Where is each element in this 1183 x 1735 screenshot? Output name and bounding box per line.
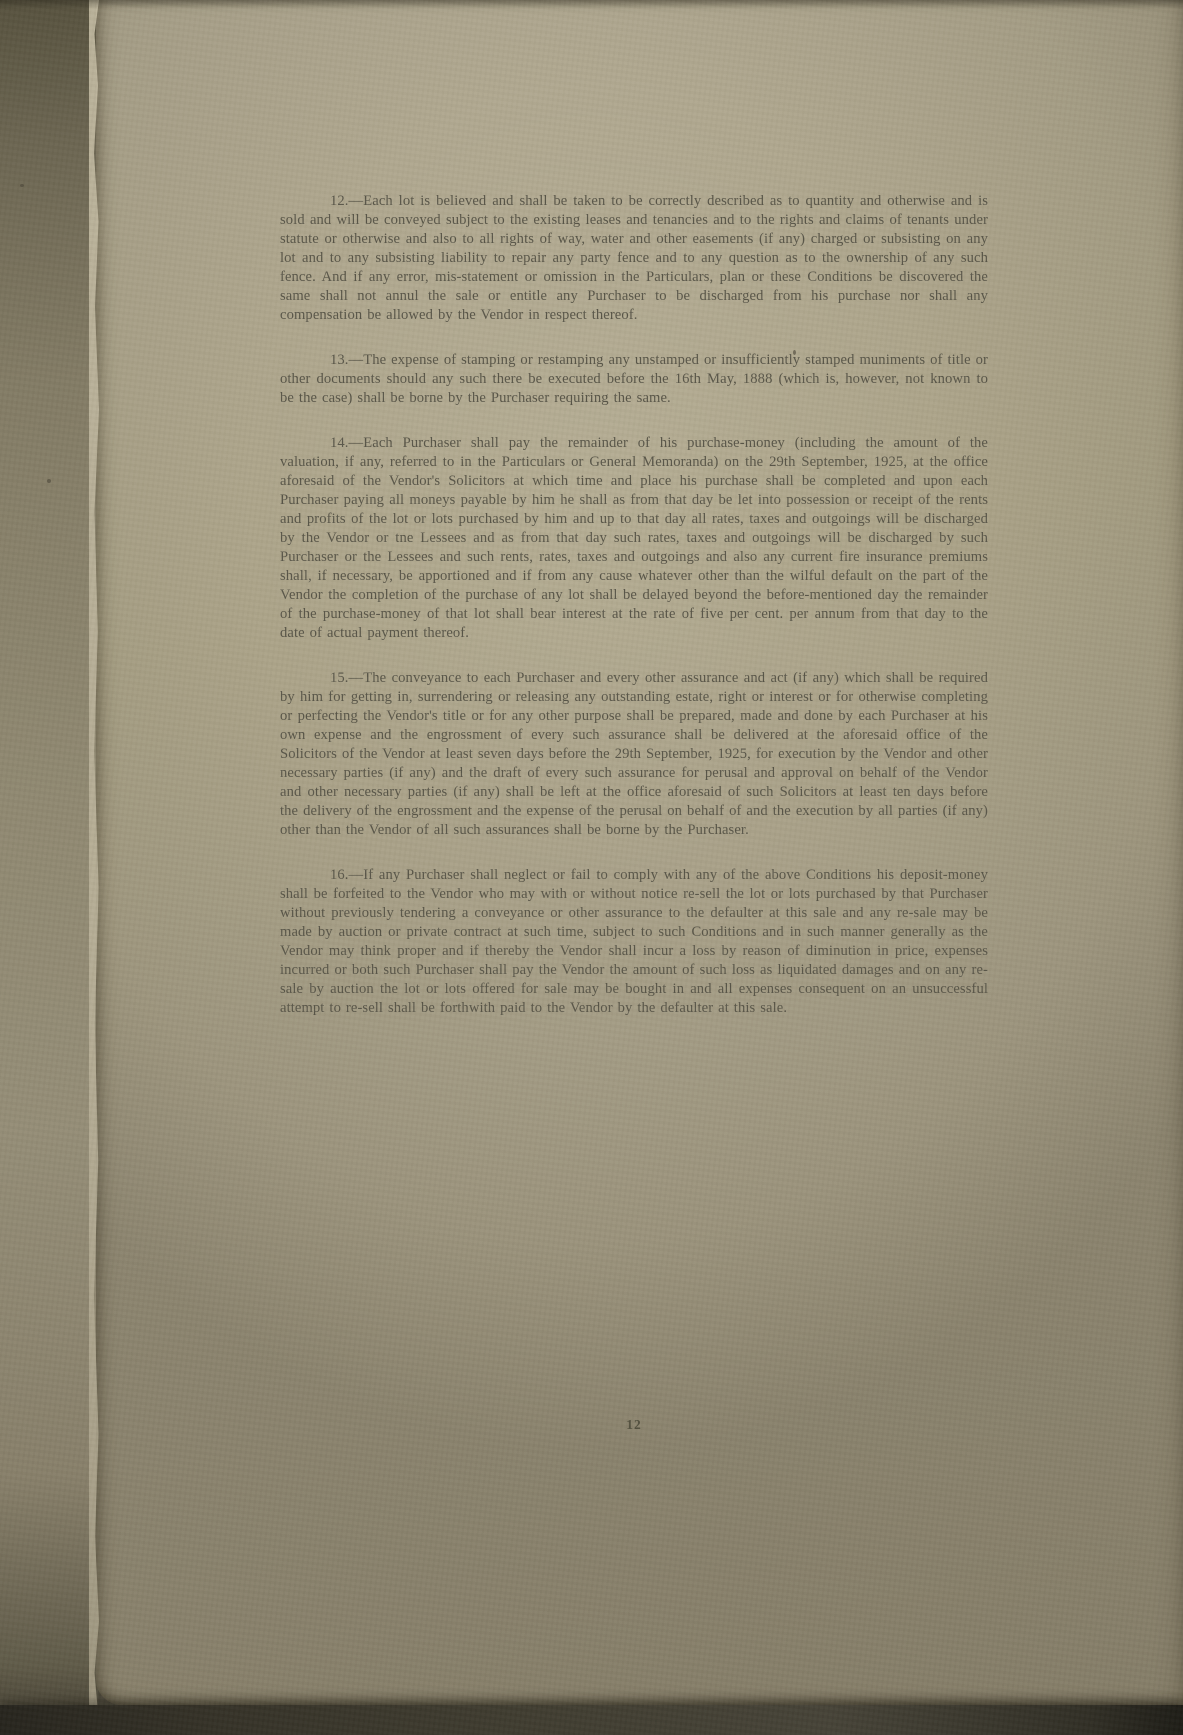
paragraph: 12.—Each lot is believed and shall be ta…	[280, 192, 988, 325]
paragraph: 14.—Each Purchaser shall pay the remaind…	[280, 434, 988, 643]
page: 12.—Each lot is believed and shall be ta…	[96, 0, 1183, 1705]
backing-surface	[0, 1705, 1183, 1735]
conditions-of-sale-text: 12.—Each lot is believed and shall be ta…	[280, 192, 988, 1044]
paper-speck	[793, 350, 796, 355]
paragraph: 13.—The expense of stamping or restampin…	[280, 351, 988, 408]
scanned-document-page: 12.—Each lot is believed and shall be ta…	[0, 0, 1183, 1735]
paper-speck	[20, 184, 24, 187]
paragraph: 16.—If any Purchaser shall neglect or fa…	[280, 866, 988, 1018]
page-number: 12	[280, 1417, 988, 1433]
paragraph: 15.—The conveyance to each Purchaser and…	[280, 669, 988, 840]
paper-speck	[47, 479, 51, 483]
torn-left-margin	[0, 0, 98, 1735]
